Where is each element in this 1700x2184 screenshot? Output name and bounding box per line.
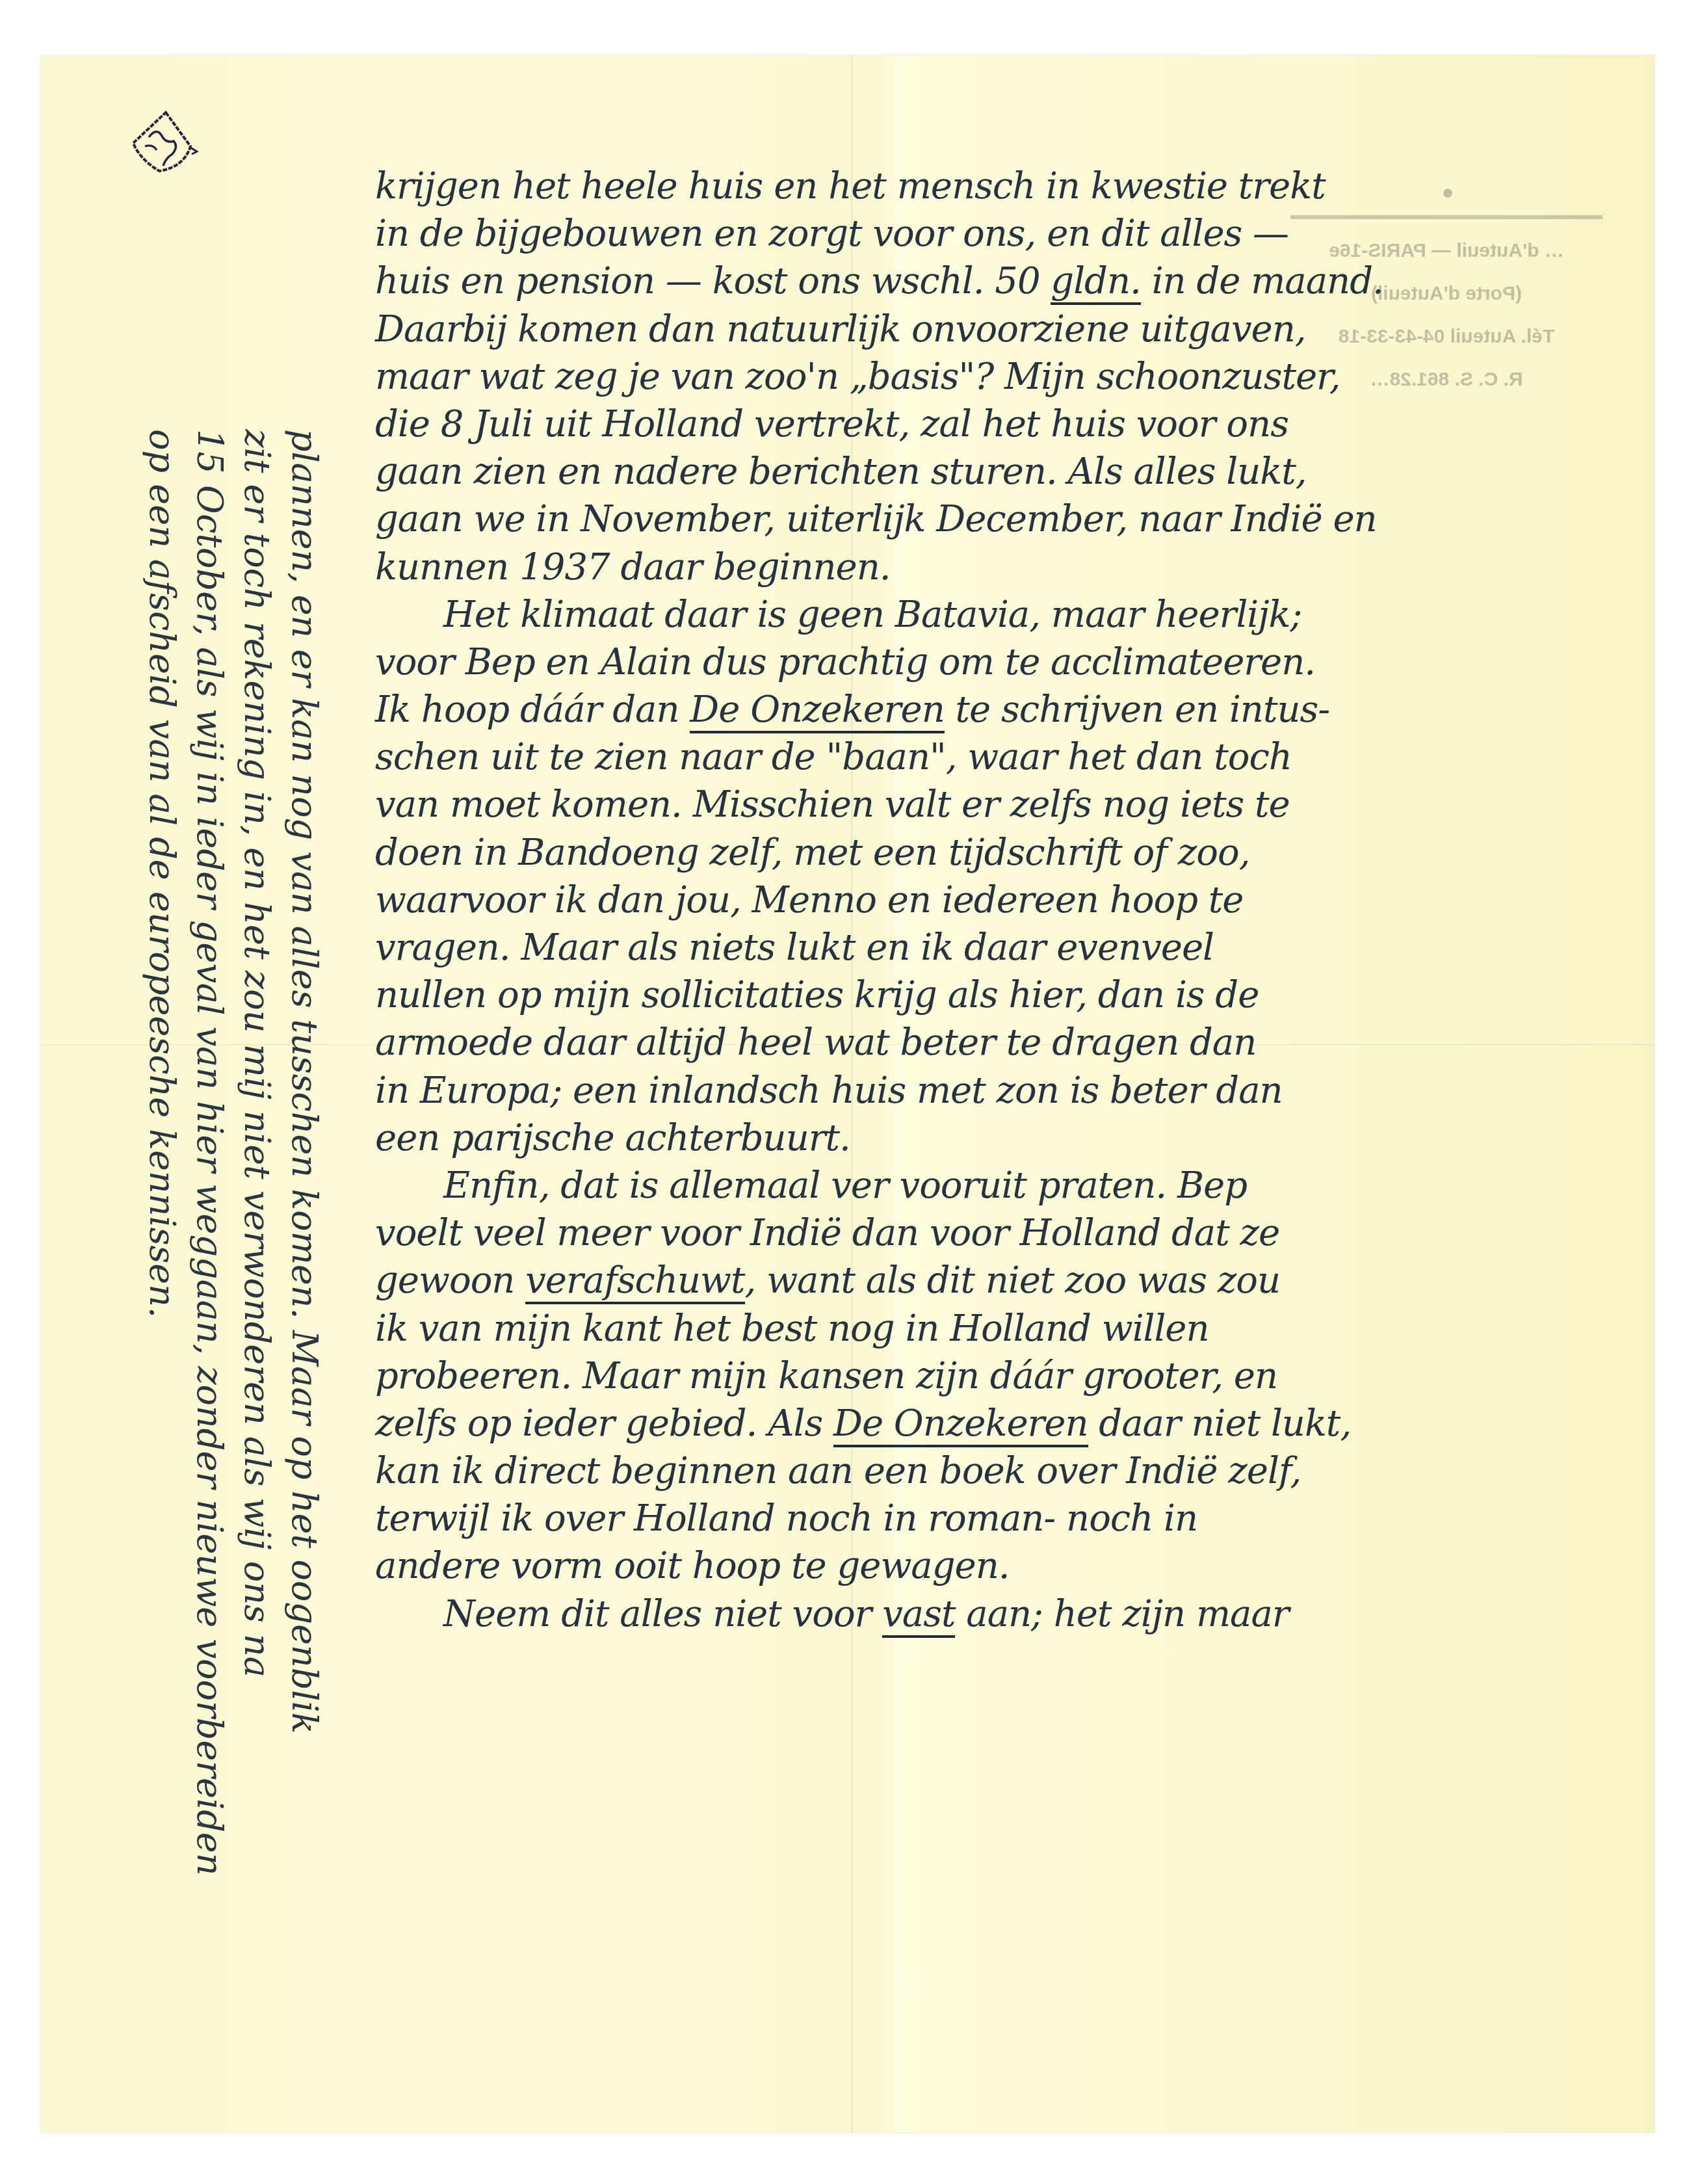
body-line-paragraph-start: Enfin, dat is allemaal ver vooruit prate…	[375, 1162, 1643, 1209]
body-line: waarvoor ik dan jou, Menno en iedereen h…	[375, 876, 1643, 924]
body-line: kan ik direct beginnen aan een boek over…	[375, 1447, 1643, 1495]
body-line: vragen. Maar als niets lukt en ik daar e…	[375, 924, 1643, 971]
margin-line: zit er toch rekening in, en het zou mij …	[237, 429, 278, 1677]
body-line: Ik hoop dáár dan De Onzekeren te schrijv…	[375, 686, 1643, 733]
body-line: maar wat zeg je van zoo'n „basis"? Mijn …	[375, 353, 1643, 401]
body-line: krijgen het heele huis en het mensch in …	[375, 163, 1643, 210]
shield-stamp-icon	[127, 107, 198, 179]
body-line: een parijsche achterbuurt.	[375, 1114, 1643, 1162]
body-line: doen in Bandoeng zelf, met een tijdschri…	[375, 829, 1643, 876]
body-line: kunnen 1937 daar beginnen.	[375, 544, 1643, 591]
margin-line: 15 October, als wij in ieder geval van h…	[189, 429, 230, 1876]
body-line: zelfs op ieder gebied. Als De Onzekeren …	[375, 1400, 1643, 1447]
body-line-paragraph-start: Neem dit alles niet voor vast aan; het z…	[375, 1590, 1643, 1638]
body-line: van moet komen. Misschien valt er zelfs …	[375, 781, 1643, 828]
body-line: andere vorm ooit hoop te gewagen.	[375, 1542, 1643, 1590]
underlined-phrase: De Onzekeren	[690, 689, 945, 733]
body-line: in de bijgebouwen en zorgt voor ons, en …	[375, 210, 1643, 257]
body-line: die 8 Juli uit Holland vertrekt, zal het…	[375, 401, 1643, 448]
letter-body: krijgen het heele huis en het mensch in …	[375, 163, 1643, 1638]
body-line: nullen op mijn sollicitaties krijg als h…	[375, 971, 1643, 1019]
body-line: voelt veel meer voor Indië dan voor Holl…	[375, 1209, 1643, 1257]
body-line: Daarbij komen dan natuurlijk onvoorziene…	[375, 306, 1643, 353]
body-line: huis en pension — kost ons wschl. 50 gld…	[375, 257, 1643, 305]
body-line-paragraph-start: Het klimaat daar is geen Batavia, maar h…	[375, 591, 1643, 638]
underlined-phrase: De Onzekeren	[833, 1402, 1088, 1447]
margin-line: plannen, en er kan nog van alles tussche…	[284, 429, 325, 1734]
body-line: gewoon verafschuwt, want als dit niet zo…	[375, 1257, 1643, 1304]
body-line: gaan we in November, uiterlijk December,…	[375, 495, 1643, 543]
body-line: voor Bep en Alain dus prachtig om te acc…	[375, 638, 1643, 686]
underlined-phrase: gldn.	[1051, 260, 1140, 305]
body-line: probeeren. Maar mijn kansen zijn dáár gr…	[375, 1352, 1643, 1400]
underlined-phrase: vast	[882, 1593, 955, 1638]
body-line: in Europa; een inlandsch huis met zon is…	[375, 1067, 1643, 1114]
body-line: armoede daar altijd heel wat beter te dr…	[375, 1019, 1643, 1066]
body-line: ik van mijn kant het best nog in Holland…	[375, 1305, 1643, 1352]
margin-line: op een afscheid van al de europeesche ke…	[142, 429, 183, 1318]
underlined-phrase: verafschuwt	[525, 1259, 744, 1304]
body-line: terwijl ik over Holland noch in roman- n…	[375, 1495, 1643, 1542]
body-line: gaan zien en nadere berichten sturen. Al…	[375, 448, 1643, 495]
body-line: schen uit te zien naar de "baan", waar h…	[375, 733, 1643, 781]
